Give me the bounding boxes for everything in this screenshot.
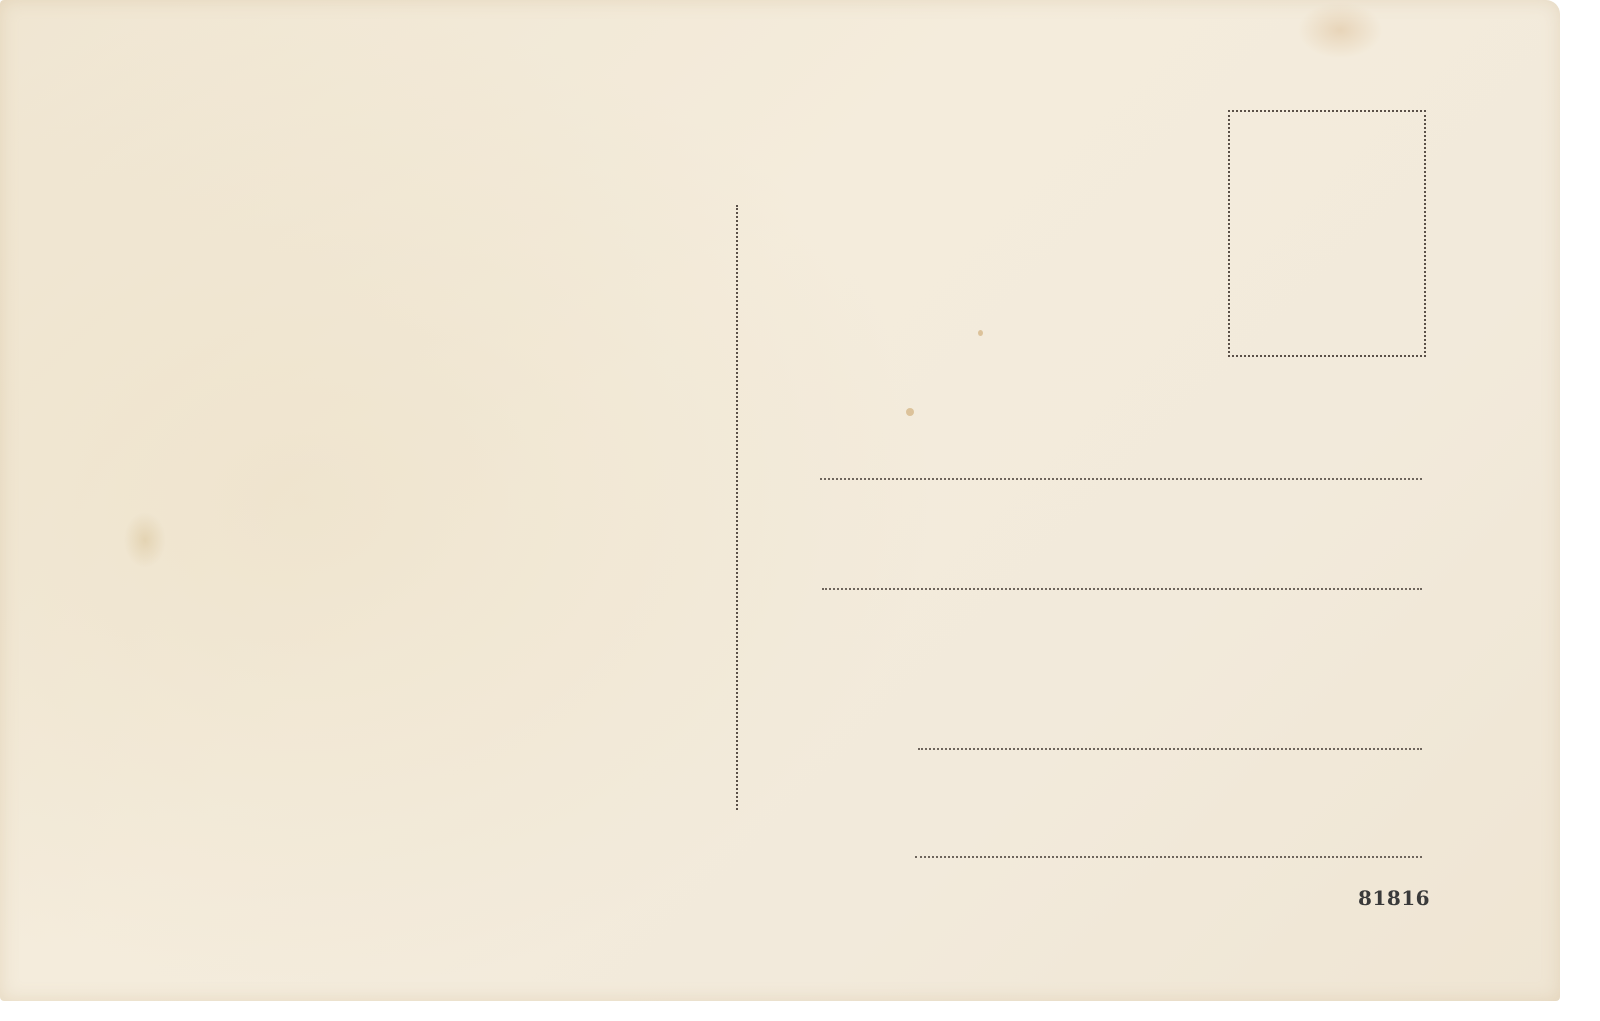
address-line-3 (918, 748, 1422, 750)
address-line-1 (820, 478, 1422, 480)
serial-number: 81816 (1358, 886, 1430, 910)
message-address-divider (736, 205, 738, 810)
postcard-back: 81816 (0, 0, 1560, 1001)
foxing-spot (906, 408, 914, 416)
stamp-box (1228, 110, 1426, 357)
foxing-spot (978, 330, 983, 336)
address-line-2 (822, 588, 1422, 590)
address-line-4 (915, 856, 1422, 858)
